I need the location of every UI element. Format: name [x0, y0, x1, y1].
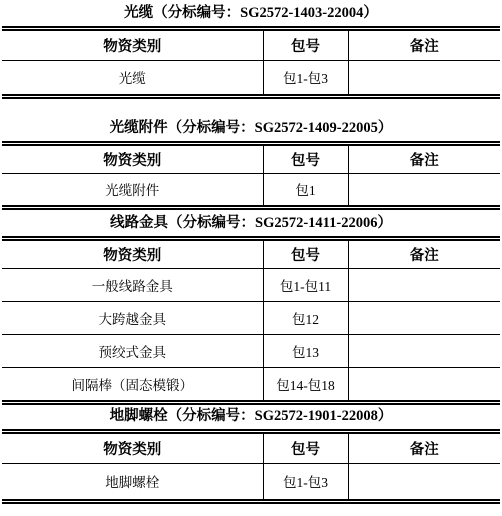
- cell-package: 包12: [263, 301, 348, 334]
- cell-category: 地脚螺栓: [2, 463, 263, 499]
- table-frame: 物资类别 包号 备注 光缆 包1-包3: [2, 26, 500, 99]
- header-category: 物资类别: [2, 31, 263, 60]
- header-category: 物资类别: [2, 241, 263, 268]
- header-package: 包号: [263, 146, 348, 173]
- table-section-optical-cable: 光缆（分标编号：SG2572-1403-22004） 物资类别 包号 备注 光缆…: [2, 2, 500, 99]
- cell-category: 光缆附件: [2, 173, 263, 205]
- table-title: 地脚螺栓（分标编号：SG2572-1901-22008）: [2, 405, 500, 429]
- header-package: 包号: [263, 31, 348, 60]
- header-row: 物资类别 包号 备注: [2, 146, 500, 173]
- header-category: 物资类别: [2, 146, 263, 173]
- cell-remark: [348, 334, 500, 367]
- cell-category: 大跨越金具: [2, 301, 263, 334]
- cell-category: 预绞式金具: [2, 334, 263, 367]
- cell-remark: [348, 301, 500, 334]
- table-section-line-fittings: 线路金具（分标编号：SG2572-1411-22006） 物资类别 包号 备注 …: [2, 210, 500, 405]
- header-row: 物资类别 包号 备注: [2, 434, 500, 463]
- table-row: 光缆附件 包1: [2, 173, 500, 205]
- table-frame: 物资类别 包号 备注 光缆附件 包1: [2, 141, 500, 210]
- table-section-anchor-bolts: 地脚螺栓（分标编号：SG2572-1901-22008） 物资类别 包号 备注 …: [2, 405, 500, 504]
- cell-package: 包14-包18: [263, 367, 348, 400]
- table-title: 光缆（分标编号：SG2572-1403-22004）: [2, 2, 500, 26]
- cell-remark: [348, 173, 500, 205]
- header-remark: 备注: [348, 31, 500, 60]
- materials-table: 物资类别 包号 备注 地脚螺栓 包1-包3: [2, 434, 500, 499]
- table-row: 间隔棒（固态模锻） 包14-包18: [2, 367, 500, 400]
- header-remark: 备注: [348, 434, 500, 463]
- header-package: 包号: [263, 434, 348, 463]
- cell-category: 间隔棒（固态模锻）: [2, 367, 263, 400]
- header-remark: 备注: [348, 146, 500, 173]
- cell-remark: [348, 463, 500, 499]
- cell-category: 一般线路金具: [2, 268, 263, 301]
- cell-category: 光缆: [2, 60, 263, 94]
- header-row: 物资类别 包号 备注: [2, 31, 500, 60]
- table-frame: 物资类别 包号 备注 一般线路金具 包1-包11 大跨越金具 包12: [2, 236, 500, 405]
- table-row: 一般线路金具 包1-包11: [2, 268, 500, 301]
- cell-remark: [348, 367, 500, 400]
- table-section-cable-accessories: 光缆附件（分标编号：SG2572-1409-22005） 物资类别 包号 备注 …: [2, 117, 500, 210]
- header-row: 物资类别 包号 备注: [2, 241, 500, 268]
- table-title: 光缆附件（分标编号：SG2572-1409-22005）: [2, 117, 500, 141]
- materials-table: 物资类别 包号 备注 光缆附件 包1: [2, 146, 500, 205]
- materials-table: 物资类别 包号 备注 光缆 包1-包3: [2, 31, 500, 94]
- materials-table: 物资类别 包号 备注 一般线路金具 包1-包11 大跨越金具 包12: [2, 241, 500, 400]
- header-package: 包号: [263, 241, 348, 268]
- header-remark: 备注: [348, 241, 500, 268]
- table-title: 线路金具（分标编号：SG2572-1411-22006）: [2, 210, 500, 236]
- cell-package: 包1-包11: [263, 268, 348, 301]
- cell-package: 包1-包3: [263, 60, 348, 94]
- header-category: 物资类别: [2, 434, 263, 463]
- table-row: 预绞式金具 包13: [2, 334, 500, 367]
- table-frame: 物资类别 包号 备注 地脚螺栓 包1-包3: [2, 429, 500, 504]
- cell-package: 包1-包3: [263, 463, 348, 499]
- cell-package: 包13: [263, 334, 348, 367]
- table-row: 地脚螺栓 包1-包3: [2, 463, 500, 499]
- cell-remark: [348, 60, 500, 94]
- cell-package: 包1: [263, 173, 348, 205]
- cell-remark: [348, 268, 500, 301]
- table-row: 光缆 包1-包3: [2, 60, 500, 94]
- document-page: 光缆（分标编号：SG2572-1403-22004） 物资类别 包号 备注 光缆…: [0, 0, 500, 504]
- table-row: 大跨越金具 包12: [2, 301, 500, 334]
